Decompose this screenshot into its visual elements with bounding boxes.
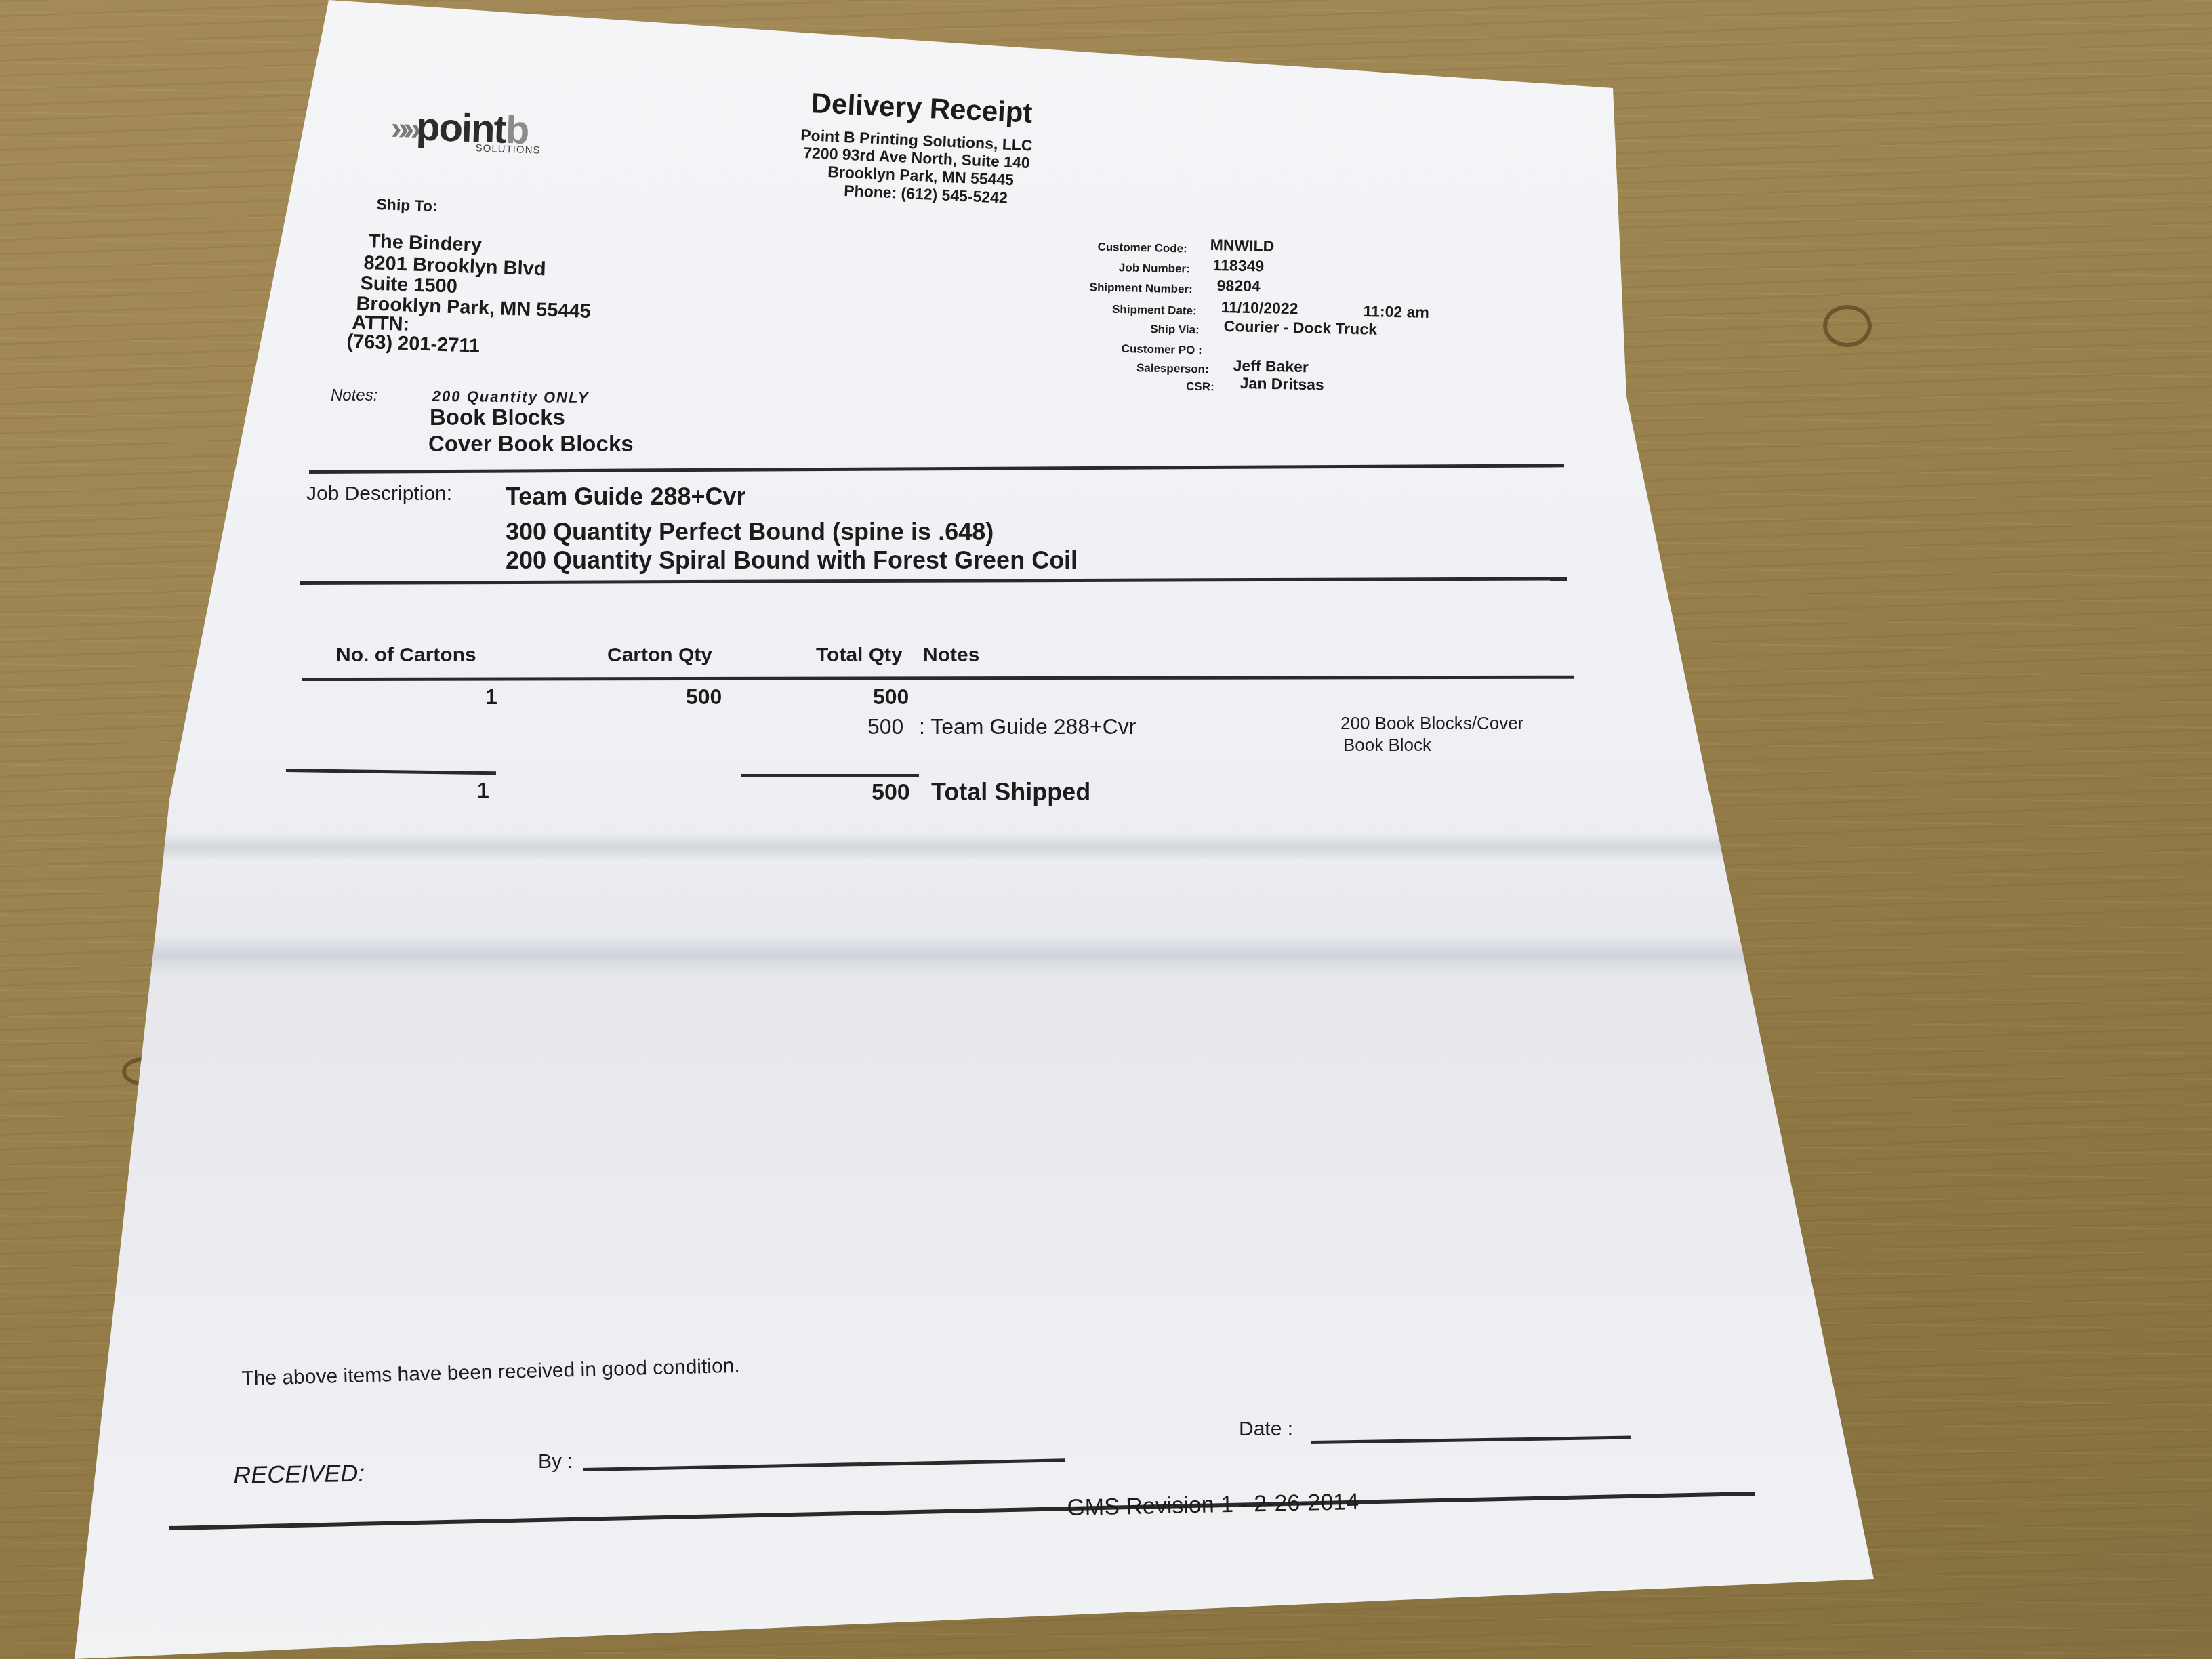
detail-description: : Team Guide 288+Cvr — [919, 714, 1136, 739]
subtotal-rule — [286, 769, 496, 775]
meta-label: Salesperson: — [1033, 359, 1209, 376]
divider-line — [309, 464, 1564, 474]
table-header-rule — [302, 676, 1574, 681]
total-qty: 500 — [872, 779, 910, 806]
cell-carton-qty: 500 — [686, 684, 722, 710]
received-label: RECEIVED: — [233, 1459, 365, 1490]
meta-label: Customer Code: — [1011, 239, 1187, 255]
cell-total-qty: 500 — [873, 684, 909, 710]
meta-value: 98204 — [1216, 276, 1261, 295]
meta-label: Shipment Number: — [1017, 279, 1193, 296]
chevron-icon: » — [390, 110, 405, 147]
job-description-label: Job Description: — [306, 483, 452, 506]
notes-line: Cover Book Blocks — [428, 431, 634, 457]
paper-fold-crease — [0, 935, 2212, 976]
notes-label: Notes: — [331, 386, 377, 405]
total-shipped-label: Total Shipped — [931, 778, 1090, 806]
point-b-logo: »»pointb SOLUTIONS — [390, 103, 531, 153]
delivery-receipt-paper: »»pointb SOLUTIONS Delivery Receipt Poin… — [0, 0, 2212, 1659]
cell-cartons: 1 — [485, 684, 497, 710]
column-header-total-qty: Total Qty — [816, 644, 903, 667]
ship-to-line: (763) 201-2711 — [346, 331, 480, 358]
meta-value: 118349 — [1212, 256, 1264, 276]
notes-line: 200 Quantity ONLY — [432, 388, 590, 407]
column-header-notes: Notes — [923, 644, 979, 667]
detail-qty: 500 — [867, 714, 903, 739]
meta-value: Courier - Dock Truck — [1223, 317, 1377, 339]
job-description-line: Team Guide 288+Cvr — [506, 483, 746, 511]
meta-value: 11/10/2022 — [1221, 298, 1298, 318]
meta-label: Ship Via: — [1023, 320, 1200, 337]
job-description-line: 300 Quantity Perfect Bound (spine is .64… — [506, 518, 994, 546]
by-label: By : — [538, 1450, 573, 1473]
column-header-carton-qty: Carton Qty — [607, 644, 712, 667]
date-signature-line — [1311, 1436, 1631, 1444]
ship-to-label: Ship To: — [376, 195, 438, 216]
meta-value: MNWILD — [1210, 236, 1274, 255]
page-title: Delivery Receipt — [811, 87, 1033, 129]
divider-line — [300, 577, 1567, 585]
meta-value: Jan Dritsas — [1240, 374, 1324, 394]
detail-note: 200 Book Blocks/Cover — [1340, 713, 1523, 734]
column-header-cartons: No. of Cartons — [336, 644, 476, 667]
paper-fold-crease — [0, 834, 2212, 861]
detail-note: Book Block — [1343, 735, 1431, 756]
logo-tagline: SOLUTIONS — [475, 142, 540, 156]
received-statement: The above items have been received in go… — [241, 1355, 740, 1391]
wood-knot — [1823, 305, 1872, 347]
subtotal-rule — [741, 774, 919, 777]
by-signature-line — [583, 1458, 1065, 1471]
job-description-line: 200 Quantity Spiral Bound with Forest Gr… — [506, 546, 1078, 575]
meta-label: Job Number: — [1014, 259, 1190, 276]
meta-extra: 11:02 am — [1363, 302, 1429, 322]
date-label: Date : — [1239, 1418, 1293, 1441]
meta-label: CSR: — [1038, 377, 1214, 394]
meta-label: Customer PO : — [1026, 340, 1202, 357]
notes-line: Book Blocks — [430, 405, 565, 430]
meta-value: Jeff Baker — [1233, 356, 1309, 376]
footer-rule — [169, 1492, 1755, 1530]
meta-label: Shipment Date: — [1021, 301, 1197, 318]
revision-text: GMS Revision 1 - 2-26-2014 — [1067, 1489, 1359, 1521]
total-cartons: 1 — [477, 778, 489, 803]
